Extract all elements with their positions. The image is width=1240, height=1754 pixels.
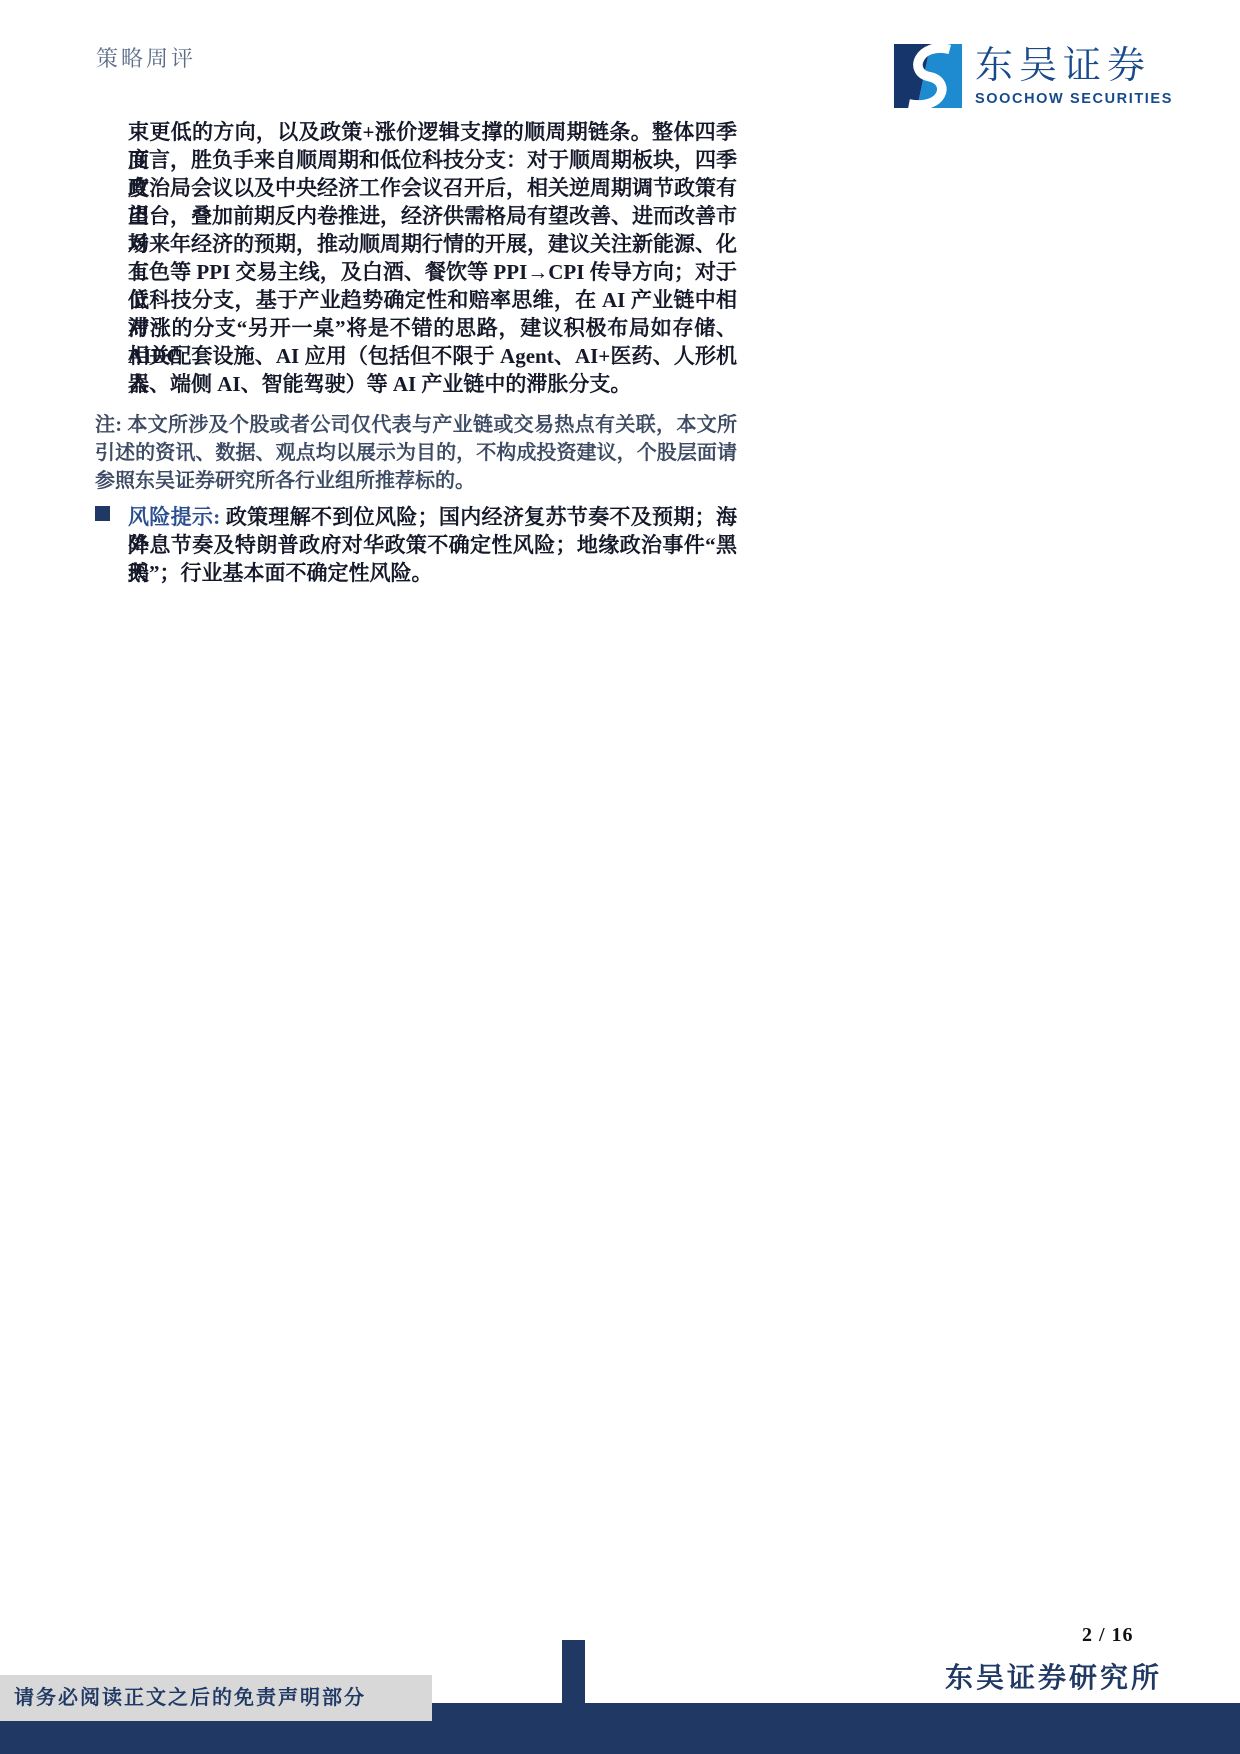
paragraph-line: 出台，叠加前期反内卷推进，经济供需格局有望改善、进而改善市场 [128,202,737,230]
paragraph-line: 政治局会议以及中央经济工作会议召开后，相关逆周期调节政策有望 [128,174,737,202]
note-paragraph: 注: 本文所涉及个股或者公司仅代表与产业链或交易热点有关联，本文所 引述的资讯、… [95,411,737,495]
disclaimer-text: 请务必阅读正文之后的免责声明部分 [0,1675,432,1721]
institute-name: 东吴证券研究所 [945,1656,1162,1696]
page-number: 2 / 16 [1082,1624,1134,1647]
risk-label: 风险提示: [128,505,220,529]
logo-name-cn: 东吴证券 [975,44,1173,88]
paragraph-line: 人、端侧 AI、智能驾驶）等 AI 产业链中的滞胀分支。 [128,370,737,398]
paragraph-line: 束更低的方向，以及政策+涨价逻辑支撑的顺周期链条。整体四季度 [128,118,737,146]
report-page: 策略周评 东吴证券 SOOCHOW SECURITIES 束更低的方向，以及政策… [0,0,1240,1754]
paragraph-line: 而言，胜负手来自顺周期和低位科技分支：对于顺周期板块，四季度 [128,146,737,174]
soochow-logo: 东吴证券 SOOCHOW SECURITIES [893,44,1173,108]
note-line: 注: 本文所涉及个股或者公司仅代表与产业链或交易热点有关联，本文所 [95,411,737,439]
logo-name-en: SOOCHOW SECURITIES [975,91,1173,107]
soochow-s-logo-icon [893,44,963,108]
risk-line: 降息节奏及特朗普政府对华政策不确定性风险；地缘政治事件“黑天 [128,531,737,559]
main-paragraph: 束更低的方向，以及政策+涨价逻辑支撑的顺周期链条。整体四季度 而言，胜负手来自顺… [128,118,737,398]
paragraph-line: 对来年经济的预期，推动顺周期行情的开展，建议关注新能源、化工、 [128,230,737,258]
paragraph-line: 滞涨的分支“另开一桌”将是不错的思路，建议积极布局如存储、AIDC [128,314,737,342]
risk-line: 风险提示: 政策理解不到位风险；国内经济复苏节奏不及预期；海外 [128,503,737,531]
note-line: 参照东吴证券研究所各行业组所推荐标的。 [95,467,737,495]
paragraph-line: 有色等 PPI 交易主线，及白酒、餐饮等 PPI→CPI 传导方向；对于低 [128,258,737,286]
risk-line: 鹅”；行业基本面不确定性风险。 [128,559,737,587]
note-line: 引述的资讯、数据、观点均以展示为目的，不构成投资建议，个股层面请 [95,439,737,467]
paragraph-line: 位科技分支，基于产业趋势确定性和赔率思维，在 AI 产业链中相对 [128,286,737,314]
risk-paragraph: 风险提示: 政策理解不到位风险；国内经济复苏节奏不及预期；海外 降息节奏及特朗普… [128,503,737,587]
paragraph-line: 相关配套设施、AI 应用（包括但不限于 Agent、AI+医药、人形机器 [128,342,737,370]
logo-text: 东吴证券 SOOCHOW SECURITIES [975,44,1173,107]
bullet-square-icon [95,506,110,521]
disclaimer-bar: 请务必阅读正文之后的免责声明部分 [0,1675,432,1721]
doc-type-label: 策略周评 [96,42,196,73]
